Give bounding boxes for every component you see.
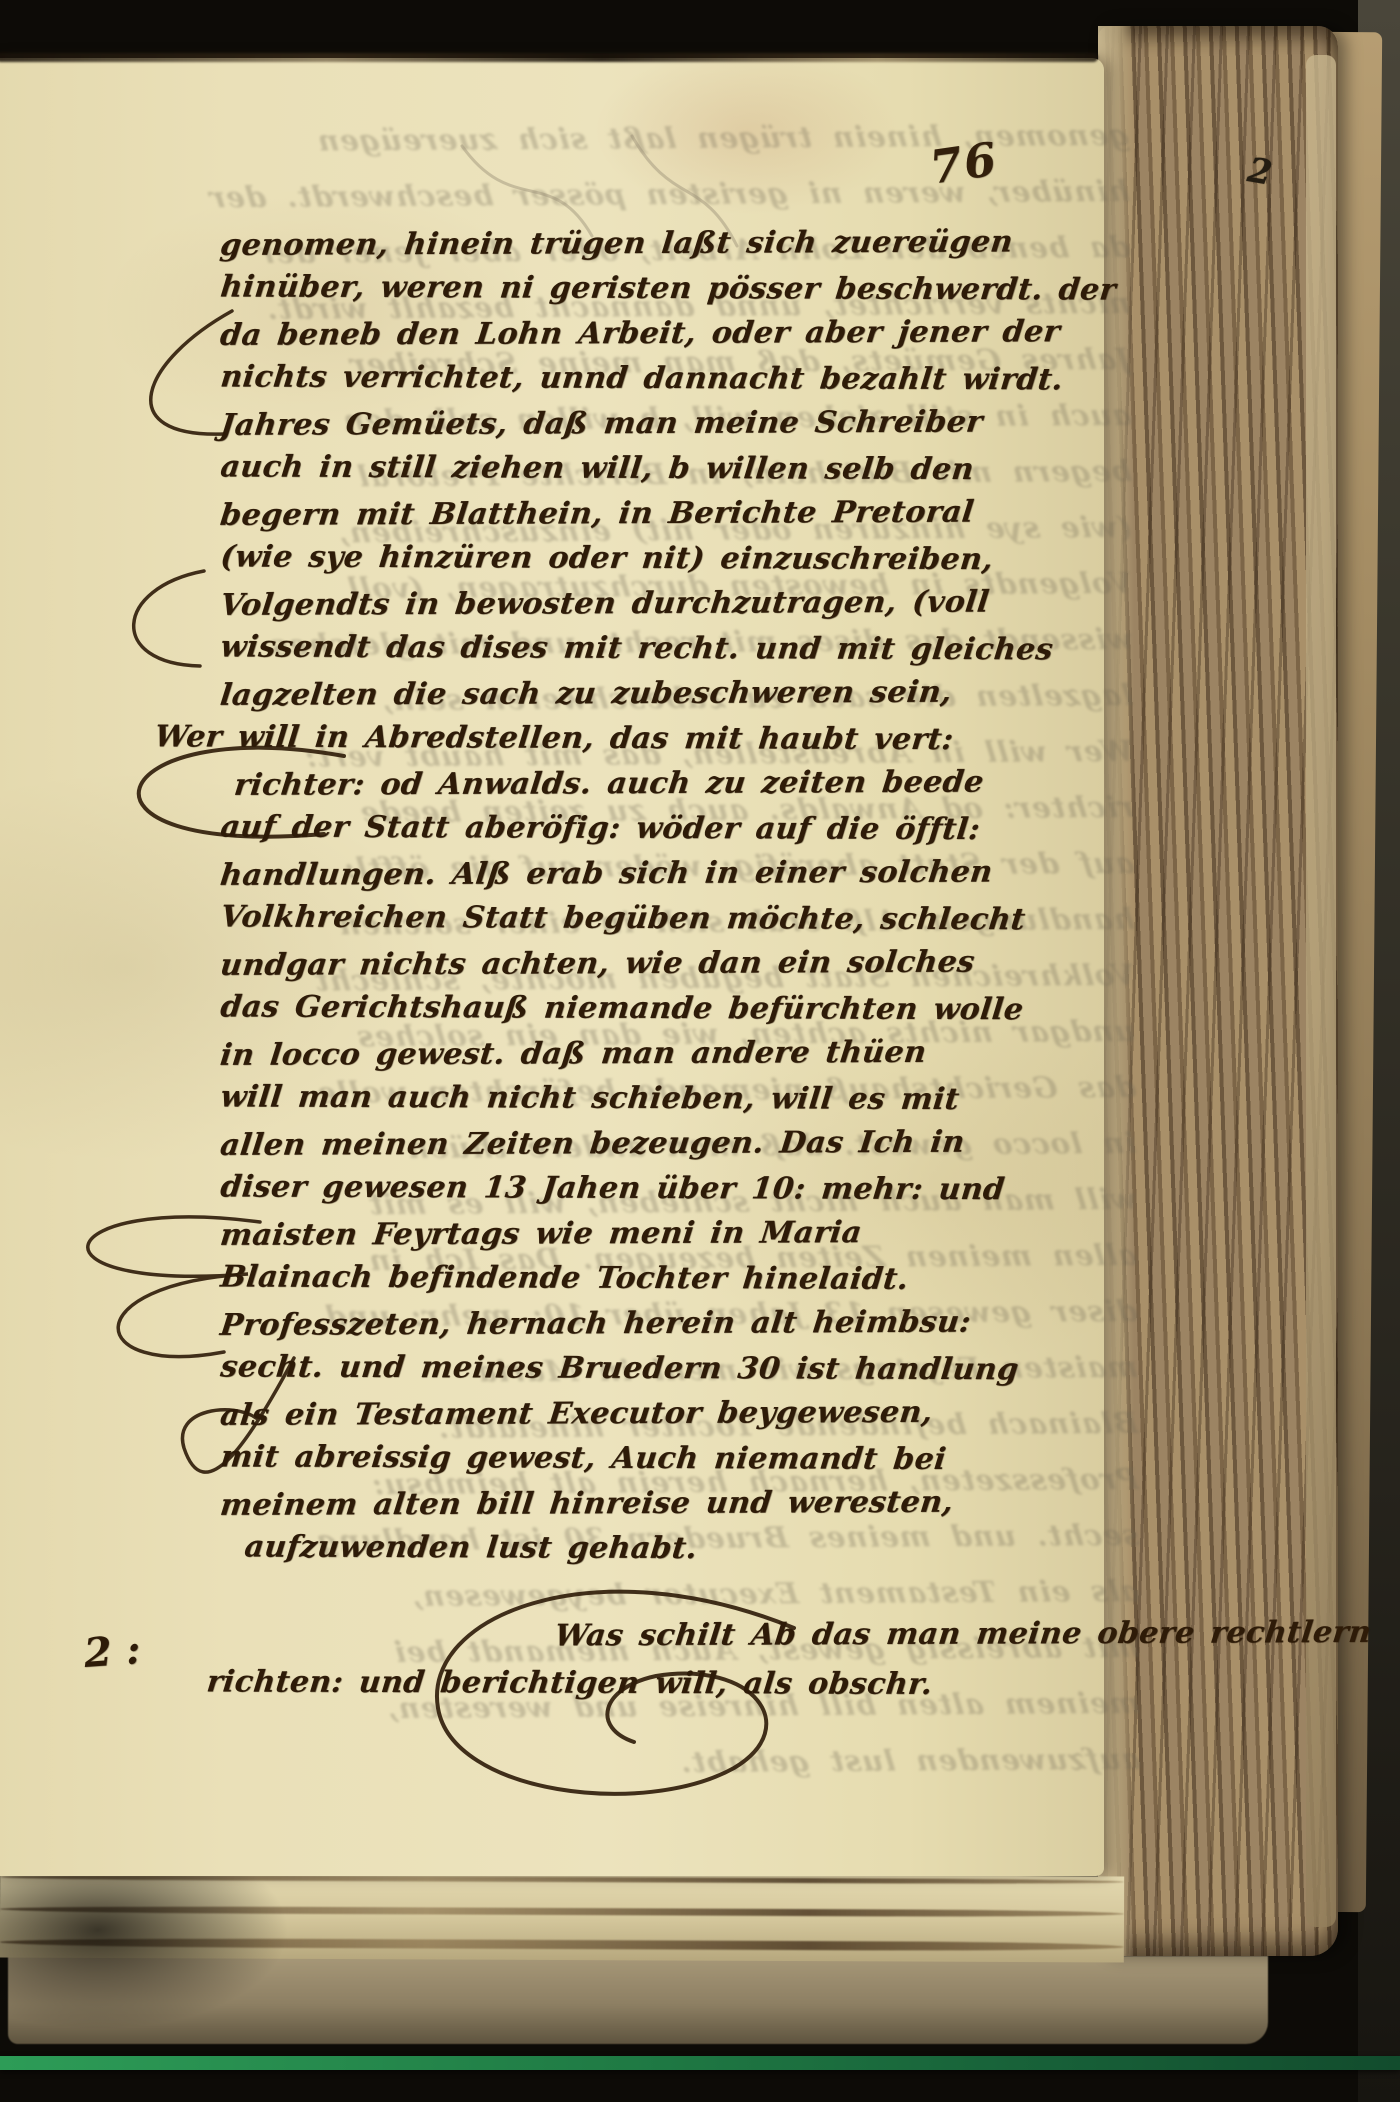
handwritten-line: in locco gewest. daß man andere thüen	[217, 1034, 1103, 1083]
handwritten-line: Blainach befindende Tochter hinelaidt.	[218, 1259, 1103, 1307]
handwritten-line: aufzuwenden lust gehabt.	[242, 1530, 1103, 1578]
bottom-text-block: Was schilt Ab das man meine obere rechtl…	[206, 1618, 1106, 1714]
book-fore-edge: 2	[1098, 26, 1338, 1956]
handwritten-line: auch in still ziehen will, b willen selb…	[218, 449, 1103, 497]
handwritten-line: begern mit Blatthein, in Berichte Pretor…	[217, 494, 1103, 543]
handwritten-line: (wie sye hinzüren oder nit) einzuschreib…	[218, 539, 1103, 587]
handwritten-line: hinüber, weren ni geristen pösser beschw…	[218, 269, 1103, 317]
handwritten-line: Volgendts in bewosten durchzutragen, (vo…	[217, 584, 1103, 633]
handwritten-line: nichts verrichtet, unnd dannacht bezahlt…	[218, 359, 1103, 407]
fore-edge-mark: 2	[1245, 150, 1275, 194]
handwritten-line: richter: od Anwalds. auch zu zeiten beed…	[231, 764, 1103, 813]
handwritten-line: Volkhreichen Statt begüben möchte, schle…	[218, 899, 1103, 947]
handwritten-line: mit abreissig gewest, Auch niemandt bei	[218, 1439, 1103, 1487]
green-table-strip	[0, 2056, 1400, 2070]
handwritten-line: lagzelten die sach zu zubeschweren sein,	[217, 674, 1103, 723]
manuscript-photograph: 2 genomen, hinein trügen laßt sich zuere…	[0, 0, 1400, 2102]
handwritten-line: als ein Testament Executor beygewesen,	[217, 1394, 1103, 1443]
main-text-block: genomen, hinein trügen laßt sich zuereüg…	[220, 226, 1100, 1576]
handwritten-line: genomen, hinein trügen laßt sich zuereüg…	[217, 224, 1103, 273]
handwritten-line: Was schilt Ab das man meine obere rechtl…	[203, 1616, 1109, 1668]
handwritten-line: Professzeten, hernach herein alt heimbsu…	[217, 1304, 1103, 1353]
handwritten-line: da beneb den Lohn Arbeit, oder aber jene…	[217, 314, 1103, 363]
handwritten-line: Jahres Gemüets, daß man meine Schreiber	[217, 404, 1103, 453]
flourish-paren-c	[134, 571, 204, 666]
handwritten-line: das Gerichtshauß niemande befürchten wol…	[218, 989, 1103, 1037]
handwritten-line: wissendt das dises mit recht. und mit gl…	[218, 629, 1103, 677]
handwritten-line: Wer will in Abredstellen, das mit haubt …	[152, 719, 1103, 767]
handwritten-line: will man auch nicht schieben, will es mi…	[218, 1079, 1103, 1127]
handwritten-line: maisten Feyrtags wie meni in Maria	[217, 1214, 1103, 1263]
handwritten-line: handlungen. Alß erab sich in einer solch…	[217, 854, 1103, 903]
showthrough-line: aufzuwenden lust gehabt.	[0, 1742, 1145, 1806]
handwritten-line: meinem alten bill hinreise und weresten,	[217, 1484, 1103, 1533]
handwritten-line: allen meinen Zeiten bezeugen. Das Ich in	[217, 1124, 1103, 1173]
handwritten-line: undgar nichts achten, wie dan ein solche…	[217, 944, 1103, 993]
folio-number: 76	[927, 132, 1002, 195]
manuscript-page: genomen, hinein trügen laßt sich zuereüg…	[0, 58, 1104, 1876]
handwritten-line: richten: und berichtigen will, als obsch…	[204, 1664, 1109, 1715]
handwritten-line: auf der Statt aberöfig: wöder auf die öf…	[218, 809, 1103, 857]
margin-mark: 2 :	[82, 1626, 142, 1677]
handwritten-line: secht. und meines Bruedern 30 ist handlu…	[218, 1349, 1103, 1397]
handwritten-line: diser gewesen 13 Jahen über 10: mehr: un…	[218, 1169, 1103, 1217]
